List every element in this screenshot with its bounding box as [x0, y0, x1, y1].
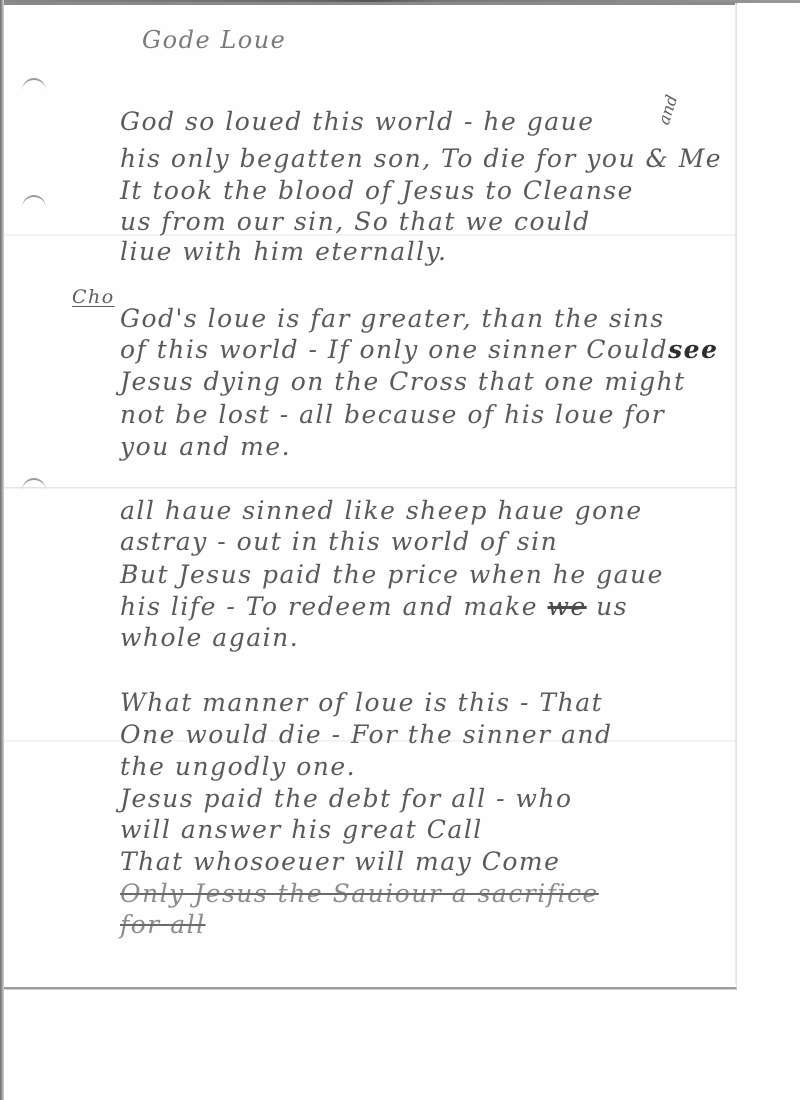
struck-word: we	[547, 592, 586, 621]
verse2-line: his life - To redeem and make we us	[120, 592, 628, 622]
verse1-line: liue with him eternally.	[120, 237, 447, 267]
verse1-line: It took the blood of Jesus to Cleanse	[120, 176, 634, 206]
verse2-line: But Jesus paid the price when he gaue	[120, 560, 664, 590]
scanned-page: Gode Loue God so loued this world - he g…	[0, 0, 800, 1100]
verse3-line: will answer his great Call	[120, 815, 483, 845]
verse3-line: One would die - For the sinner and	[120, 720, 613, 750]
punch-hole-icon	[22, 195, 46, 221]
verse3-line: the ungodly one.	[120, 752, 356, 782]
replacement-word: us	[596, 592, 628, 621]
chorus-marker: Cho	[72, 286, 115, 308]
chorus-line-text: of this world - If only one sinner Could	[120, 335, 668, 364]
chorus-line: of this world - If only one sinner Could…	[120, 335, 719, 365]
verse2-line: astray - out in this world of sin	[120, 527, 558, 557]
verse2-line: all haue sinned like sheep haue gone	[120, 496, 643, 526]
struck-line: Only Jesus the Sauiour a sacrifice	[120, 879, 599, 909]
verse3-line: What manner of loue is this - That	[120, 688, 603, 718]
fold-crease	[4, 487, 736, 489]
verse3-line: Jesus paid the debt for all - who	[120, 784, 573, 814]
chorus-line: you and me.	[120, 432, 291, 462]
chorus-line: God's loue is far greater, than the sins	[120, 304, 665, 334]
chorus-line: not be lost - all because of his loue fo…	[120, 400, 665, 430]
verse1-line: his only begatten son, To die for you & …	[120, 144, 722, 174]
overwritten-word: see	[668, 335, 718, 364]
struck-line: for all	[120, 910, 206, 940]
paper-right-crease	[735, 3, 736, 985]
chorus-line: Jesus dying on the Cross that one might	[120, 367, 686, 397]
verse2-line: whole again.	[120, 623, 299, 653]
punch-hole-icon	[22, 78, 46, 104]
verse1-line: us from our sin, So that we could	[120, 207, 591, 237]
verse2-line-text: his life - To redeem and make	[120, 592, 538, 621]
verse3-line: That whosoeuer will may Come	[120, 847, 560, 877]
punch-hole-icon	[22, 478, 46, 504]
page-title: Gode Loue	[142, 26, 286, 54]
verse1-line: God so loued this world - he gaue	[120, 107, 595, 137]
